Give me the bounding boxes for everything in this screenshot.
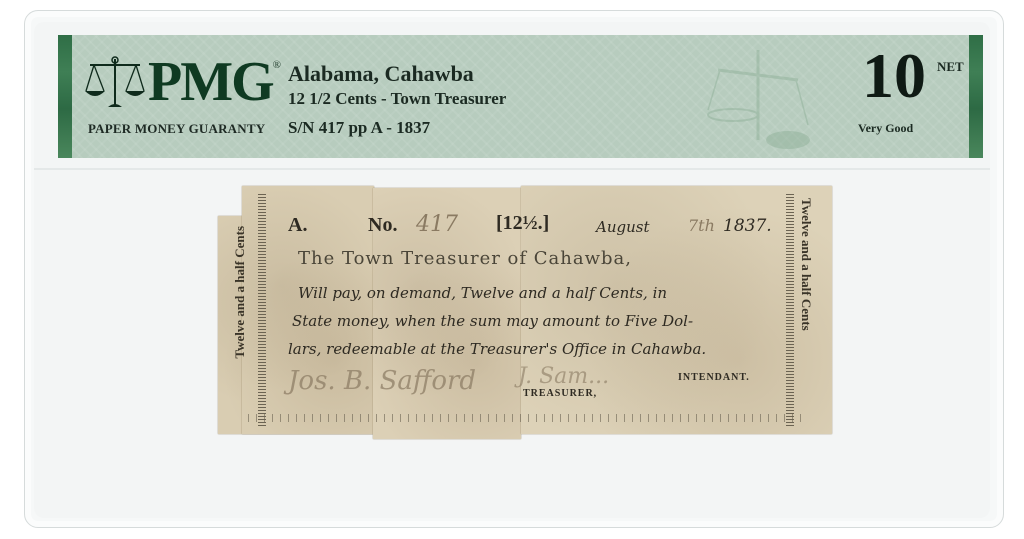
side-text-right: Twelve and a half Cents [798, 198, 814, 331]
pmg-label: PMG ® PAPER MONEY GUARANTY Alabama, Caha… [58, 35, 983, 158]
security-stripe-right [969, 35, 983, 158]
grade-description: Very Good [858, 121, 913, 136]
denomination-mark: [12½.] [496, 212, 549, 235]
note-title: Alabama, Cahawba [288, 61, 506, 87]
side-text-left: Twelve and a half Cents [232, 226, 248, 359]
grade-net-qualifier: NET [937, 60, 949, 73]
net-text: NET [937, 59, 964, 74]
scales-watermark-icon [698, 45, 818, 155]
note-border-left [258, 194, 266, 426]
issuer-line: The Town Treasurer of Cahawba, [298, 248, 632, 269]
pmg-subtitle: PAPER MONEY GUARANTY [88, 121, 265, 137]
note-description: Alabama, Cahawba 12 1/2 Cents - Town Tre… [288, 61, 506, 145]
note-denomination: 12 1/2 Cents - Town Treasurer [288, 87, 506, 111]
body-line-3: lars, redeemable at the Treasurer's Offi… [288, 340, 706, 358]
body-line-1: Will pay, on demand, Twelve and a half C… [298, 284, 667, 302]
plate-letter: A. [288, 214, 307, 237]
signature-treasurer: Jos. B. Safford [288, 366, 476, 396]
number-label: No. [368, 214, 397, 237]
pmg-wordmark: PMG [148, 55, 273, 109]
date-printed: August [596, 218, 649, 236]
note-serial: S/N 417 pp A - 1837 [288, 111, 506, 145]
serial-handwritten: 417 [416, 212, 458, 237]
grade-number: 10 [862, 48, 926, 104]
holder-divider [34, 168, 990, 170]
note-border-right [786, 194, 794, 426]
note-border-bottom [248, 414, 808, 422]
intendant-label: INTENDANT. [678, 372, 750, 383]
pmg-logo: PMG ® [84, 55, 281, 109]
banknote: Twelve and a half Cents Twelve and a hal… [218, 186, 832, 439]
registered-mark: ® [273, 59, 281, 71]
body-line-2: State money, when the sum may amount to … [292, 312, 693, 330]
treasurer-label: TREASURER, [523, 388, 597, 399]
year: 1837. [723, 216, 772, 236]
scales-icon [84, 55, 146, 109]
date-handwritten: 7th [688, 216, 715, 235]
signature-intendant: J. Sam... [518, 364, 609, 389]
security-stripe-left [58, 35, 72, 158]
